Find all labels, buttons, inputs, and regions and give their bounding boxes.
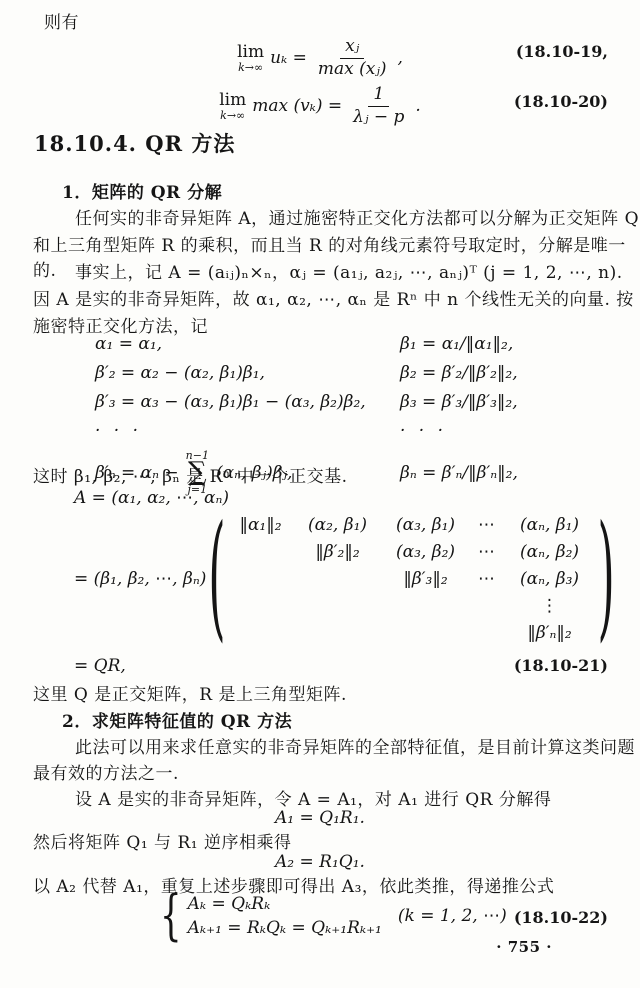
- left-parenthesis: (: [206, 511, 227, 647]
- equation-a2: A₂ = R₁Q₁.: [0, 850, 640, 874]
- fraction: 1 λⱼ − p: [348, 84, 409, 128]
- recursion-system: { Aₖ = QₖRₖ Aₖ₊₁ = RₖQₖ = Qₖ₊₁Rₖ₊₁ (k = …: [160, 894, 507, 938]
- r-matrix: ‖α₁‖₂ (α₂, β₁) (α₃, β₁) ⋯ (αₙ, β₁) ‖β′₂‖…: [228, 515, 596, 643]
- paragraph-line: 任何实的非奇异矩阵 A，通过施密特正交化方法都可以分解为正交矩阵 Q: [75, 204, 639, 229]
- equation-lhs: max (vₖ) =: [252, 96, 342, 116]
- paragraph-line: 事实上，记 A = (aᵢⱼ)ₙ×ₙ，αⱼ = (a₁ⱼ, a₂ⱼ, ⋯, aₙ…: [75, 258, 623, 283]
- equation-number: (18.10-22): [514, 908, 608, 927]
- intro-text: 则有: [44, 8, 79, 33]
- paragraph-line: 因 A 是实的非奇异矩阵，故 α₁, α₂, ⋯, αₙ 是 Rⁿ 中 n 个线…: [33, 285, 634, 310]
- equation-tail: .: [415, 96, 420, 116]
- gram-row: β′₃ = α₃ − (α₃, β₁)β₁ − (α₃, β₂)β₂, β₃ =…: [95, 392, 600, 412]
- paragraph-line: 此法可以用来求任意实的非奇异矩阵的全部特征值，是目前计算这类问题: [75, 733, 635, 758]
- paragraph-line: 这里 Q 是正交矩阵，R 是上三角型矩阵.: [33, 680, 347, 705]
- section-heading: 18.10.4. QR 方法: [34, 128, 235, 158]
- limit-operator: lim k→∞: [237, 44, 264, 73]
- fraction-numerator: xⱼ: [340, 36, 364, 58]
- paragraph-line: 最有效的方法之一.: [33, 759, 179, 784]
- equation-lhs: uₖ =: [270, 48, 307, 68]
- eq21-line2-prefix: = (β₁, β₂, ⋯, βₙ): [74, 569, 206, 589]
- paragraph-line: 这时 β₁, β₂, ⋯, βₙ 是 Rⁿ 中一个正交基.: [33, 462, 348, 487]
- right-parenthesis: ): [596, 511, 617, 647]
- eq21-matrix-row: = (β₁, β₂, ⋯, βₙ) ( ‖α₁‖₂ (α₂, β₁) (α₃, …: [74, 506, 617, 652]
- left-brace: {: [160, 889, 182, 943]
- equation-number: (18.10-21): [514, 656, 608, 675]
- subsection-title: 1．矩阵的 QR 分解: [62, 178, 222, 203]
- gram-row: α₁ = α₁, β₁ = α₁/‖α₁‖₂,: [95, 334, 600, 354]
- gram-row: β′₂ = α₂ − (α₂, β₁)β₁, β₂ = β′₂/‖β′₂‖₂,: [95, 363, 600, 383]
- subsection-title: 2．求矩阵特征值的 QR 方法: [62, 707, 292, 732]
- gram-row: · · · · · ·: [95, 421, 600, 441]
- fraction-denominator: max (xⱼ): [313, 59, 392, 80]
- page-number: · 755 ·: [496, 938, 552, 956]
- equation-tail: ,: [398, 48, 403, 68]
- fraction: xⱼ max (xⱼ): [313, 36, 392, 80]
- fraction-denominator: λⱼ − p: [348, 107, 409, 128]
- system-condition: (k = 1, 2, ⋯): [398, 906, 507, 926]
- eq21-line3: = QR,: [74, 656, 126, 676]
- book-page: 则有 lim k→∞ uₖ = xⱼ max (xⱼ) , (18.10-19,…: [0, 0, 640, 988]
- equation-number: (18.10-20): [514, 92, 608, 111]
- limit-operator: lim k→∞: [219, 92, 246, 121]
- equation-a1: A₁ = Q₁R₁.: [0, 806, 640, 830]
- system-equations: Aₖ = QₖRₖ Aₖ₊₁ = RₖQₖ = Qₖ₊₁Rₖ₊₁: [188, 894, 382, 938]
- fraction-numerator: 1: [368, 84, 389, 106]
- equation-number: (18.10-19,: [516, 42, 608, 61]
- eq21-line1: A = (α₁, α₂, ⋯, αₙ): [74, 488, 229, 508]
